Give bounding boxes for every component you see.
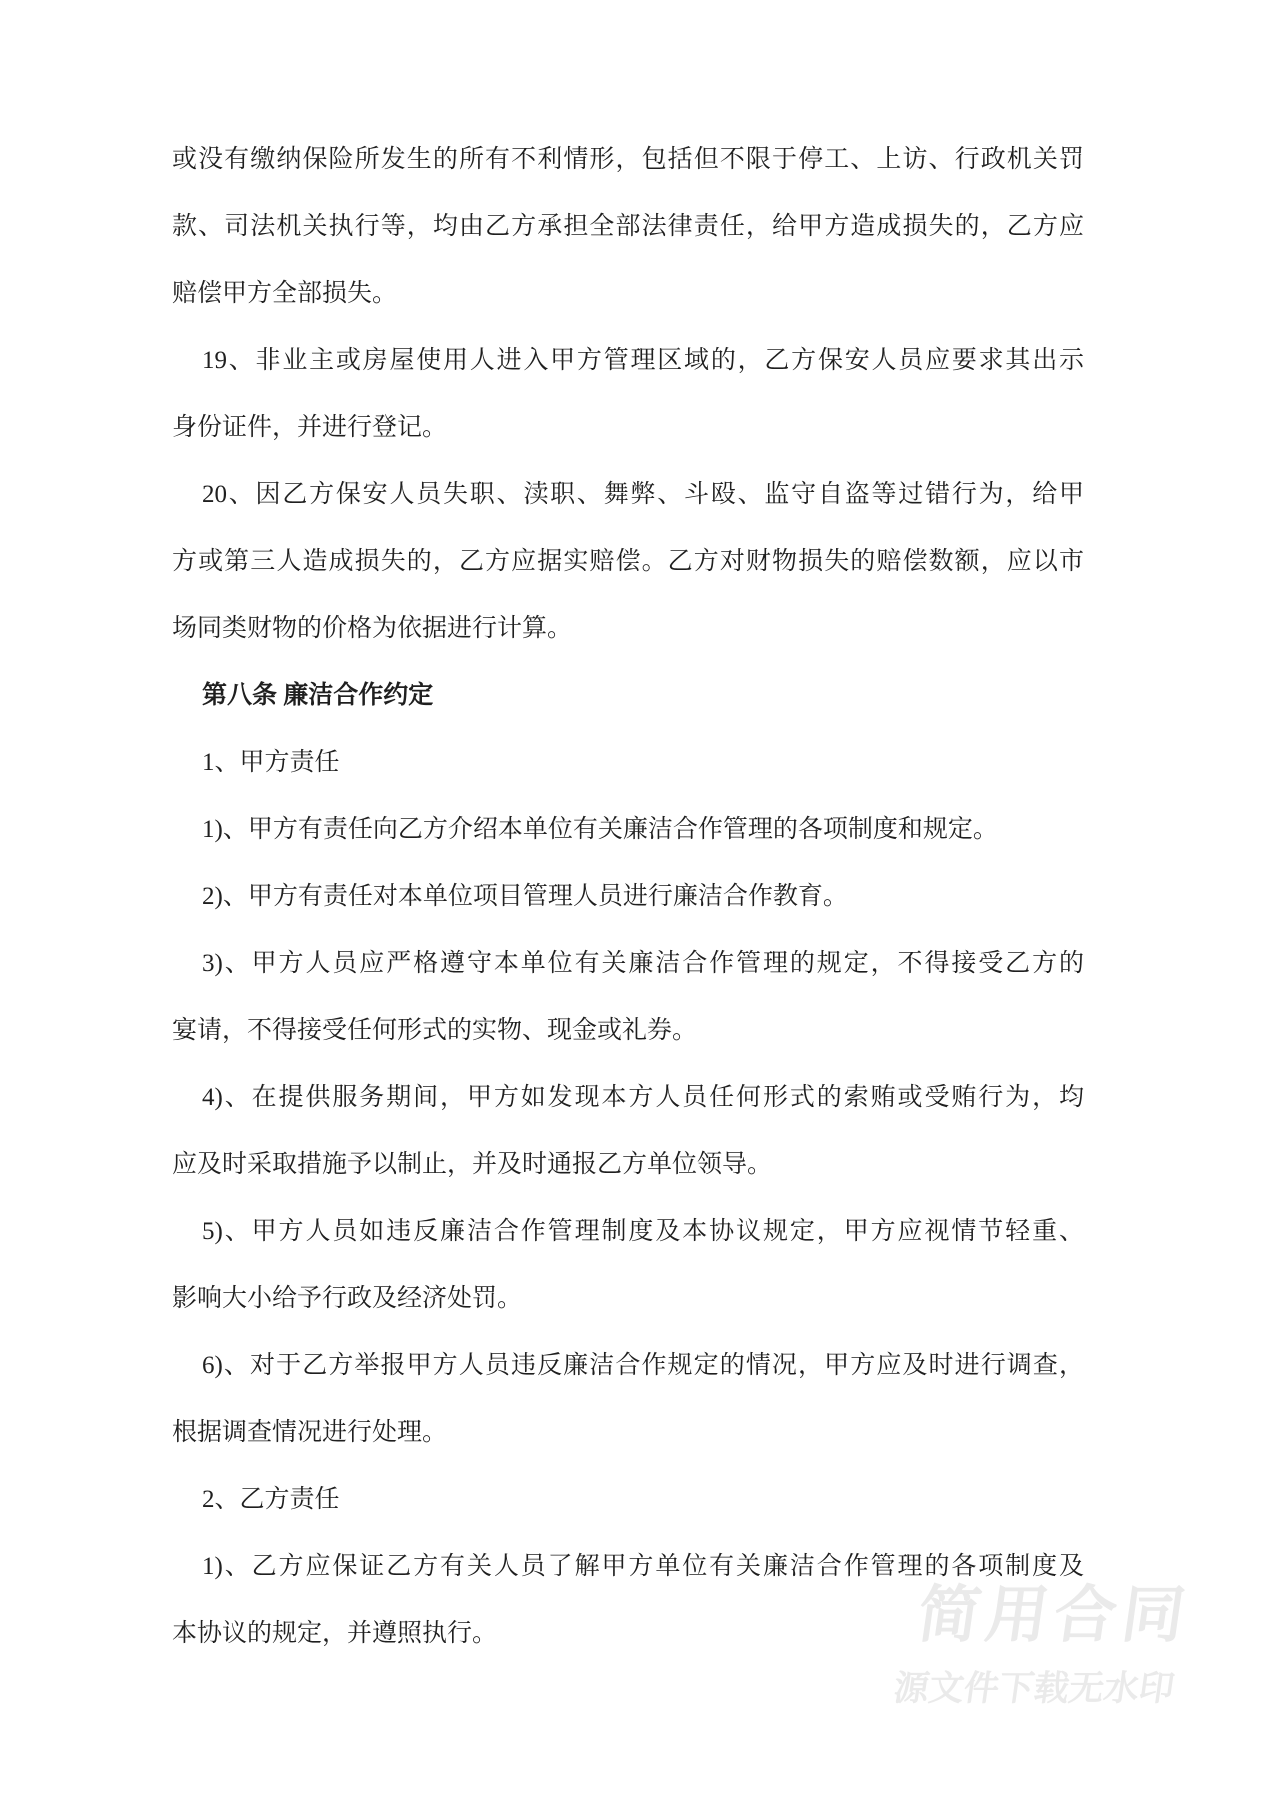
document-line: 2)、甲方有责任对本单位项目管理人员进行廉洁合作教育。 — [172, 863, 1084, 930]
document-line: 6)、对于乙方举报甲方人员违反廉洁合作规定的情况，甲方应及时进行调查， — [172, 1332, 1084, 1399]
document-line: 4)、在提供服务期间，甲方如发现本方人员任何形式的索贿或受贿行为，均 — [172, 1064, 1084, 1131]
document-line: 宴请，不得接受任何形式的实物、现金或礼券。 — [172, 997, 1084, 1064]
document-line: 身份证件，并进行登记。 — [172, 394, 1084, 461]
document-line: 方或第三人造成损失的，乙方应据实赔偿。乙方对财物损失的赔偿数额，应以市 — [172, 528, 1084, 595]
document-body: 或没有缴纳保险所发生的所有不利情形，包括但不限于停工、上访、行政机关罚款、司法机… — [172, 126, 1084, 1667]
document-line: 影响大小给予行政及经济处罚。 — [172, 1265, 1084, 1332]
watermark: 简用合同 源文件下载无水印 — [869, 1585, 1188, 1706]
document-line: 20、因乙方保安人员失职、渎职、舞弊、斗殴、监守自盗等过错行为，给甲 — [172, 461, 1084, 528]
document-line: 或没有缴纳保险所发生的所有不利情形，包括但不限于停工、上访、行政机关罚 — [172, 126, 1084, 193]
document-line: 1、甲方责任 — [172, 729, 1084, 796]
watermark-subtitle: 源文件下载无水印 — [869, 1671, 1176, 1706]
document-line: 根据调查情况进行处理。 — [172, 1399, 1084, 1466]
document-line: 3)、甲方人员应严格遵守本单位有关廉洁合作管理的规定，不得接受乙方的 — [172, 930, 1084, 997]
document-line: 赔偿甲方全部损失。 — [172, 260, 1084, 327]
document-line: 19、非业主或房屋使用人进入甲方管理区域的，乙方保安人员应要求其出示 — [172, 327, 1084, 394]
document-line: 应及时采取措施予以制止，并及时通报乙方单位领导。 — [172, 1131, 1084, 1198]
document-line: 5)、甲方人员如违反廉洁合作管理制度及本协议规定，甲方应视情节轻重、 — [172, 1198, 1084, 1265]
document-line: 场同类财物的价格为依据进行计算。 — [172, 595, 1084, 662]
section-heading: 第八条 廉洁合作约定 — [172, 662, 1084, 729]
document-line: 1)、甲方有责任向乙方介绍本单位有关廉洁合作管理的各项制度和规定。 — [172, 796, 1084, 863]
document-line: 2、乙方责任 — [172, 1466, 1084, 1533]
document-line: 款、司法机关执行等，均由乙方承担全部法律责任，给甲方造成损失的，乙方应 — [172, 193, 1084, 260]
watermark-title: 简用合同 — [878, 1585, 1195, 1647]
contract-page: 或没有缴纳保险所发生的所有不利情形，包括但不限于停工、上访、行政机关罚款、司法机… — [0, 0, 1280, 1810]
